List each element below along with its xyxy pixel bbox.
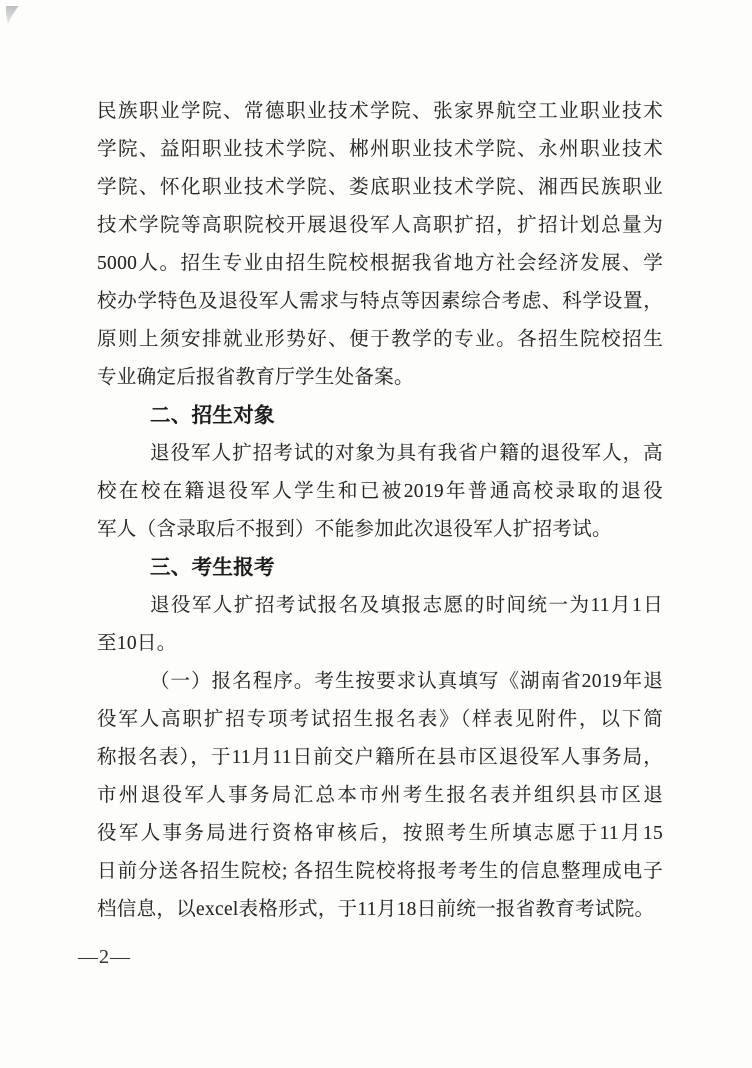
body-line: 军人（含录取后不报到）不能参加此次退役军人扩招考试。 <box>97 511 663 549</box>
scan-artifact-mark <box>6 6 19 24</box>
body-line: 役军人高职扩招专项考试招生报名表》（样表见附件，以下简 <box>97 701 663 739</box>
body-line: 市州退役军人事务局汇总本市州考生报名表并组织县市区退 <box>97 777 663 815</box>
body-line: 校在校在籍退役军人学生和已被2019年普通高校录取的退役 <box>97 473 663 511</box>
document-body: 民族职业学院、常德职业技术学院、张家界航空工业职业技术 学院、益阳职业技术学院、… <box>97 93 663 929</box>
body-line: 民族职业学院、常德职业技术学院、张家界航空工业职业技术 <box>97 93 663 131</box>
document-page: 民族职业学院、常德职业技术学院、张家界航空工业职业技术 学院、益阳职业技术学院、… <box>0 0 752 1068</box>
body-line: 专业确定后报省教育厅学生处备案。 <box>97 359 663 397</box>
body-line: 原则上须安排就业形势好、便于教学的专业。各招生院校招生 <box>97 321 663 359</box>
body-line: 技术学院等高职院校开展退役军人高职扩招，扩招计划总量为 <box>97 207 663 245</box>
body-line: （一）报名程序。考生按要求认真填写《湖南省2019年退 <box>97 663 663 701</box>
body-line: 日前分送各招生院校; 各招生院校将报考考生的信息整理成电子 <box>97 853 663 891</box>
body-line: 学院、怀化职业技术学院、娄底职业技术学院、湘西民族职业 <box>97 169 663 207</box>
body-line: 学院、益阳职业技术学院、郴州职业技术学院、永州职业技术 <box>97 131 663 169</box>
body-line: 役军人事务局进行资格审核后，按照考生所填志愿于11月15 <box>97 815 663 853</box>
body-line: 档信息，以excel表格形式，于11月18日前统一报省教育考试院。 <box>97 891 663 929</box>
body-line: 校办学特色及退役军人需求与特点等因素综合考虑、科学设置， <box>97 283 663 321</box>
body-line: 退役军人扩招考试报名及填报志愿的时间统一为11月1日 <box>97 587 663 625</box>
section-heading-2: 二、招生对象 <box>97 397 663 435</box>
body-line: 至10日。 <box>97 625 663 663</box>
body-line: 5000人。招生专业由招生院校根据我省地方社会经济发展、学 <box>97 245 663 283</box>
page-number: —2— <box>78 944 131 970</box>
body-line: 退役军人扩招考试的对象为具有我省户籍的退役军人，高 <box>97 435 663 473</box>
section-heading-3: 三、考生报考 <box>97 549 663 587</box>
body-line: 称报名表），于11月11日前交户籍所在县市区退役军人事务局， <box>97 739 663 777</box>
